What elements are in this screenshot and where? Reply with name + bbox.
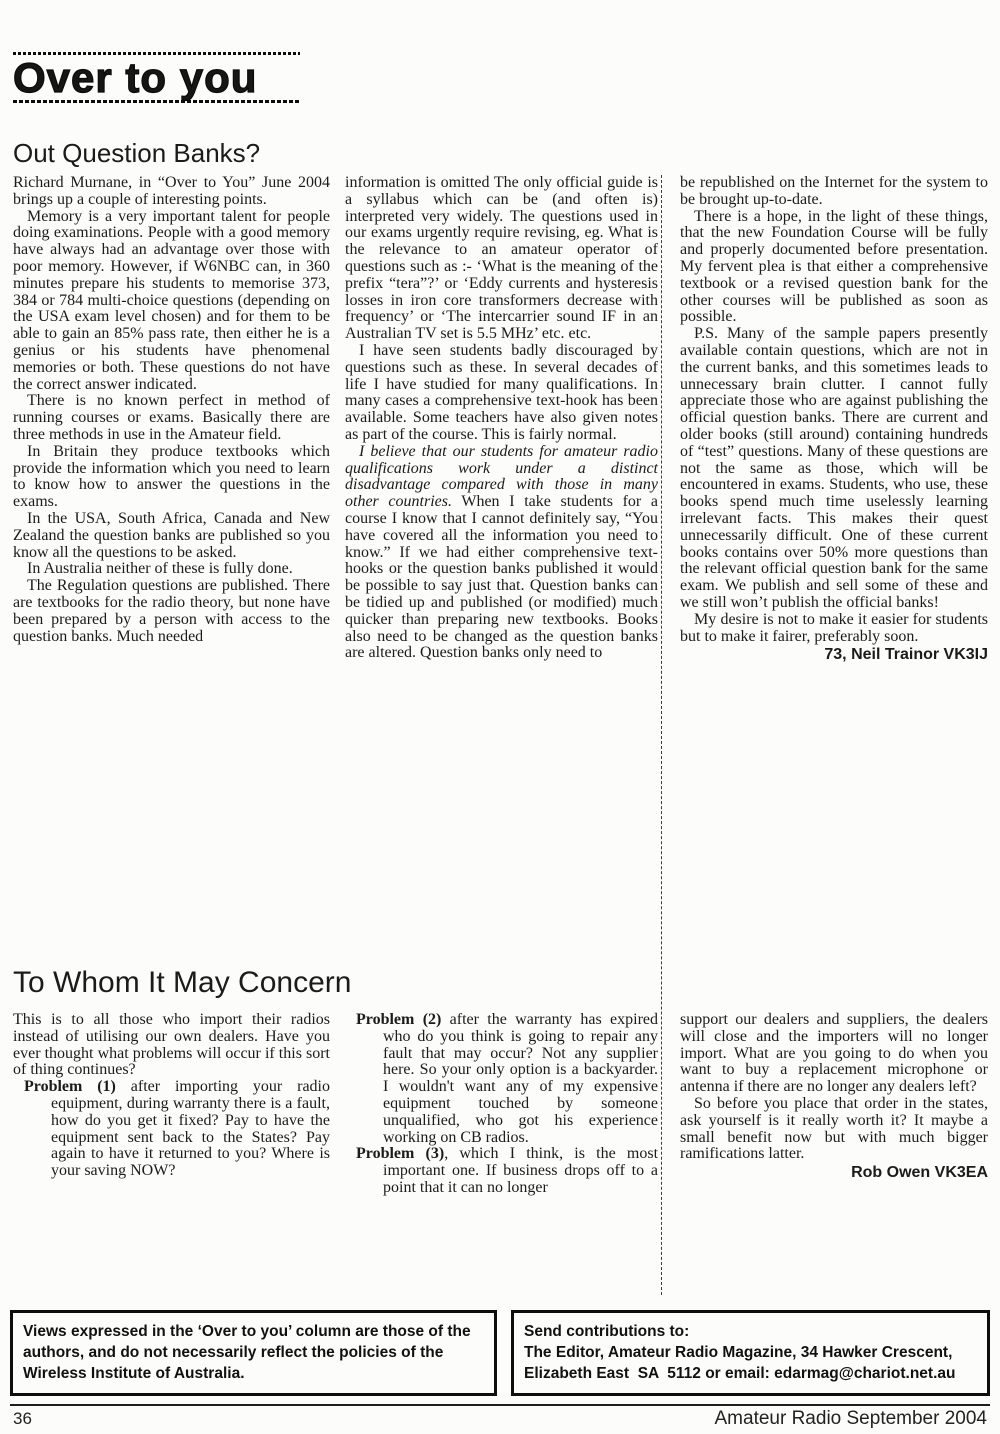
article1-column-1: Richard Murnane, in “Over to You” June 2… bbox=[13, 175, 330, 645]
magazine-footer: Amateur Radio September 2004 bbox=[715, 1408, 988, 1430]
paragraph: There is no known perfect in method of r… bbox=[13, 393, 330, 443]
contributions-line: The Editor, Amateur Radio Magazine, 34 H… bbox=[524, 1342, 977, 1363]
paragraph: There is a hope, in the light of these t… bbox=[680, 209, 988, 327]
paragraph: Richard Murnane, in “Over to You” June 2… bbox=[13, 175, 330, 209]
masthead: Over to you bbox=[13, 52, 300, 103]
paragraph: In Australia neither of these is fully d… bbox=[13, 561, 330, 578]
paragraph: be republished on the Internet for the s… bbox=[680, 175, 988, 209]
paragraph: The Regulation questions are published. … bbox=[13, 578, 330, 645]
problem-2-label: Problem (2) bbox=[356, 1011, 441, 1028]
problem-1-paragraph: Problem (1) after importing your radio e… bbox=[13, 1079, 330, 1180]
paragraph: I believe that our students for amateur … bbox=[345, 444, 658, 662]
article1-heading: Out Question Banks? bbox=[13, 138, 260, 169]
paragraph: In Britain they produce textbooks which … bbox=[13, 444, 330, 511]
paragraph: My desire is not to make it easier for s… bbox=[680, 612, 988, 646]
article2-signature: Rob Owen VK3EA bbox=[680, 1163, 988, 1183]
paragraph-continuation: When I take students for a course I know… bbox=[345, 493, 658, 661]
article1-column-2: information is omitted The only official… bbox=[345, 175, 658, 662]
paragraph: Memory is a very important talent for pe… bbox=[13, 209, 330, 394]
paragraph: In the USA, South Africa, Canada and New… bbox=[13, 511, 330, 561]
article2-column-3: support our dealers and suppliers, the d… bbox=[680, 1012, 988, 1183]
problem-3-label: Problem (3) bbox=[356, 1145, 444, 1162]
article2-column-1: This is to all those who import their ra… bbox=[13, 1012, 330, 1180]
problem-2-paragraph: Problem (2) after the warranty has expir… bbox=[345, 1012, 658, 1146]
contributions-line: Send contributions to: bbox=[524, 1321, 977, 1342]
article1-signature: 73, Neil Trainor VK3IJ bbox=[680, 645, 988, 665]
paragraph: I have seen students badly discouraged b… bbox=[345, 343, 658, 444]
article2-column-2: Problem (2) after the warranty has expir… bbox=[345, 1012, 658, 1197]
problem-1-label: Problem (1) bbox=[24, 1078, 116, 1095]
problem-2-text: after the warranty has expired who do yo… bbox=[383, 1011, 658, 1146]
problem-3-continuation: support our dealers and suppliers, the d… bbox=[680, 1012, 988, 1096]
paragraph: So before you place that order in the st… bbox=[680, 1096, 988, 1163]
page-number: 36 bbox=[13, 1409, 32, 1429]
paragraph: P.S. Many of the sample papers presently… bbox=[680, 326, 988, 612]
article2-heading: To Whom It May Concern bbox=[13, 966, 351, 1000]
disclaimer-box: Views expressed in the ‘Over to you’ col… bbox=[10, 1310, 497, 1396]
footer-rule bbox=[10, 1404, 990, 1406]
contributions-box: Send contributions to: The Editor, Amate… bbox=[511, 1310, 990, 1396]
magazine-page: Over to you Out Question Banks? Richard … bbox=[0, 0, 1000, 1434]
paragraph: information is omitted The only official… bbox=[345, 175, 658, 343]
paragraph: This is to all those who import their ra… bbox=[13, 1012, 330, 1079]
article1-column-3: be republished on the Internet for the s… bbox=[680, 175, 988, 665]
notice-boxes: Views expressed in the ‘Over to you’ col… bbox=[10, 1310, 990, 1396]
problem-3-paragraph: Problem (3), which I think, is the most … bbox=[345, 1146, 658, 1196]
column-divider-rule bbox=[661, 175, 662, 1295]
column-title: Over to you bbox=[13, 58, 300, 98]
contributions-line: Elizabeth East SA 5112 or email: edarmag… bbox=[524, 1363, 977, 1384]
